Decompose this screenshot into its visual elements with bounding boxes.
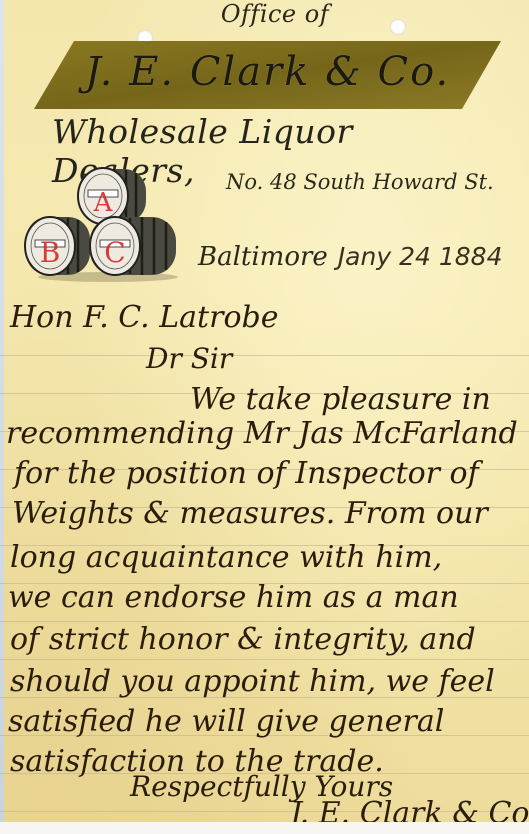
barrel-a: A	[78, 168, 146, 224]
office-of-label: Office of	[210, 0, 340, 28]
body-line-4: Weights & measures. From our	[12, 496, 488, 531]
svg-text:C: C	[104, 236, 125, 269]
letter-page: Office of J. E. Clark & Co. Wholesale Li…	[0, 0, 529, 822]
company-name: J. E. Clark & Co.	[34, 49, 501, 95]
body-line-8: should you appoint him, we feel	[10, 664, 495, 699]
business-address: No. 48 South Howard St.	[226, 170, 526, 194]
dateline-date: Jany 24 1884	[338, 242, 503, 271]
dateline-place: Baltimore	[198, 242, 328, 272]
salutation-greeting: Dr Sir	[146, 342, 232, 375]
body-line-5: long acquaintance with him,	[10, 540, 442, 575]
svg-text:A: A	[93, 188, 114, 218]
barrel-c: C	[90, 217, 176, 275]
barrels-illustration: A B	[18, 165, 183, 283]
body-line-2: recommending Mr Jas McFarland	[6, 416, 518, 451]
body-line-9: satisfied he will give general	[8, 704, 444, 739]
body-line-7: of strict honor & integrity, and	[10, 622, 476, 657]
body-line-6: we can endorse him as a man	[8, 580, 459, 615]
signature: J. E. Clark & Co	[290, 796, 529, 822]
barrel-b: B	[25, 217, 90, 275]
punch-hole-right	[390, 19, 406, 35]
dateline: BaltimoreJany 24 1884	[198, 242, 528, 272]
svg-text:B: B	[40, 236, 61, 269]
body-line-1: We take pleasure in	[190, 382, 491, 417]
salutation-recipient: Hon F. C. Latrobe	[10, 300, 278, 335]
body-line-3: for the position of Inspector of	[14, 456, 479, 491]
company-banner: J. E. Clark & Co.	[34, 41, 501, 109]
barrels-logo: A B	[18, 165, 183, 283]
scan-border	[0, 822, 529, 834]
